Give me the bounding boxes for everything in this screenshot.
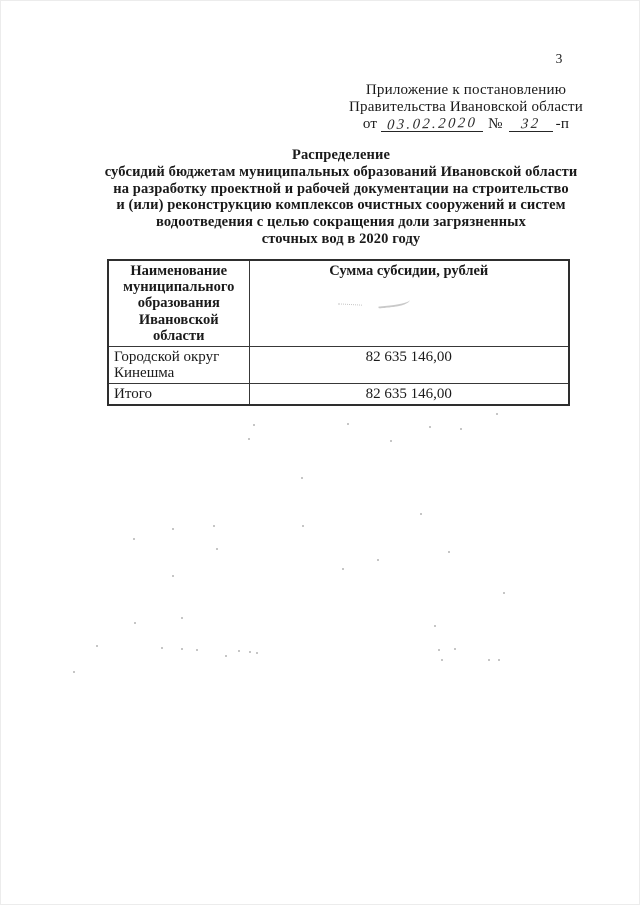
column-header-municipality: Наименование муниципального образования … — [108, 260, 249, 347]
title-line-6: сточных вод в 2020 году — [73, 231, 609, 248]
total-amount-cell: 82 635 146,00 — [249, 384, 569, 406]
appendix-date-line: от03.02.2020№32-п — [346, 116, 586, 133]
title-line-4: и (или) реконструкцию комплексов очистны… — [73, 197, 609, 214]
number-sign-label: № — [488, 116, 503, 132]
column-header-amount-label: Сумма субсидии, рублей — [329, 263, 488, 279]
handwritten-date: 03.02.2020 — [387, 117, 478, 132]
document-title: Распределение субсидий бюджетам муниципа… — [73, 147, 609, 248]
appendix-line-2: Правительства Ивановской области — [346, 99, 586, 116]
scan-smudge-artifact — [338, 297, 418, 311]
table-row-total: Итого 82 635 146,00 — [108, 384, 569, 406]
column-header-amount: Сумма субсидии, рублей — [249, 260, 569, 347]
table-row-kineshma: Городской округ Кинешма 82 635 146,00 — [108, 347, 569, 384]
municipality-name-cell: Городской округ Кинешма — [108, 347, 249, 384]
number-underline-field: 32 — [509, 118, 553, 132]
title-line-2: субсидий бюджетам муниципальных образова… — [73, 164, 609, 181]
title-line-5: водоотведения с целью сокращения доли за… — [73, 214, 609, 231]
date-underline-field: 03.02.2020 — [381, 118, 483, 132]
title-line-1: Распределение — [73, 147, 609, 164]
document-page: 3 Приложение к постановлению Правительст… — [0, 0, 640, 905]
table-header-row: Наименование муниципального образования … — [108, 260, 569, 347]
subsidy-table: Наименование муниципального образования … — [107, 259, 570, 406]
subsidy-amount-cell: 82 635 146,00 — [249, 347, 569, 384]
total-label-cell: Итого — [108, 384, 249, 406]
number-suffix-label: -п — [556, 116, 569, 132]
appendix-line-1: Приложение к постановлению — [346, 82, 586, 99]
title-line-3: на разработку проектной и рабочей докуме… — [73, 181, 609, 198]
appendix-header: Приложение к постановлению Правительства… — [346, 82, 586, 133]
date-prefix-label: от — [363, 116, 377, 132]
page-number: 3 — [548, 51, 570, 67]
handwritten-number: 32 — [520, 118, 541, 132]
